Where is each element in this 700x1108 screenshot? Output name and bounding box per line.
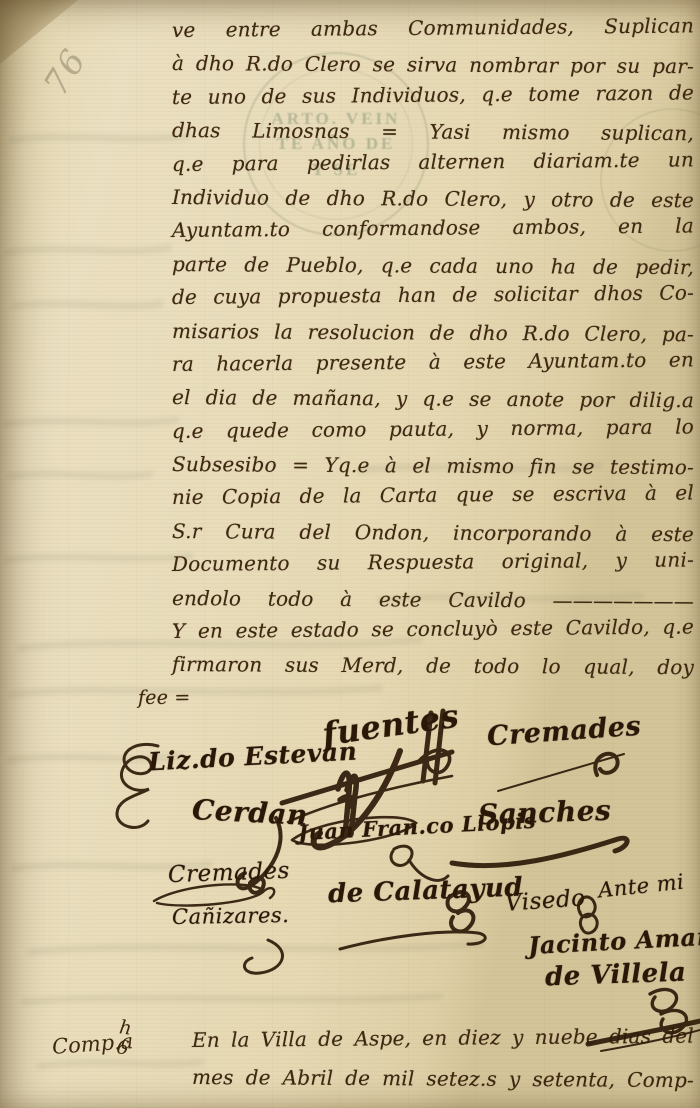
signature-de-villela: de Villela xyxy=(545,958,687,993)
closing-line: mes de Abril de mil setez.s y setenta, C… xyxy=(192,1059,694,1099)
manuscript-line: q.e quede como pauta, y norma, para lo xyxy=(172,410,694,448)
manuscript-line: Documento su Respuesta original, y uni- xyxy=(172,544,694,582)
rubric-canizares-tail xyxy=(244,940,282,973)
manuscript-line: ve entre ambas Communidades, Suplican xyxy=(172,9,694,47)
manuscript-line: Ayuntam.to conformandose ambos, en la xyxy=(172,210,694,248)
signature-sanches: Sanches xyxy=(477,794,611,832)
manuscript-line: Y en este estado se concluyò este Cavild… xyxy=(172,610,694,648)
rubric-calatayud-sweep xyxy=(340,932,485,949)
signature-cerdan: Cerdan xyxy=(191,793,309,832)
signature-canizares: Cañizares. xyxy=(172,903,290,929)
body-text: ve entre ambas Communidades, Suplican à … xyxy=(172,14,694,715)
manuscript-page: 76 ARTO. VEIN TE AÑO DE Y SE ve entre am… xyxy=(0,0,700,1108)
manuscript-line: q.e para pedirlas alternen diariam.te un xyxy=(172,143,694,181)
closing-text: En la Villa de Aspe, en diez y nuebe dia… xyxy=(192,1022,694,1096)
rubric-cremades1-line xyxy=(498,754,624,791)
manuscript-line: nie Copia de la Carta que se escriva à e… xyxy=(172,477,694,515)
signature-cremades-1: Cremades xyxy=(486,711,642,753)
signature-ante-mi: Ante mi xyxy=(597,870,685,903)
margin-mark-bottom: 6 xyxy=(115,1037,130,1059)
rubric-sanches-swoosh xyxy=(452,838,627,865)
rubric-fuentes-spiral xyxy=(418,750,450,773)
manuscript-line: de cuya propuesta han de solicitar dhos … xyxy=(172,277,694,315)
signature-visedo: Visedo xyxy=(504,885,586,917)
signature-jacinto-amaro: Jacinto Amaro xyxy=(527,921,700,960)
closing-line: En la Villa de Aspe, en diez y nuebe dia… xyxy=(192,1018,694,1059)
rubric-cremades1-spiral xyxy=(595,754,617,775)
manuscript-line: ra hacerla presente à este Ayuntam.to en xyxy=(172,343,694,381)
signature-calatayud: de Calatayud xyxy=(328,873,524,910)
manuscript-line: te uno de sus Individuos, q.e tome razon… xyxy=(172,76,694,114)
signature-cremades-2: Cremades xyxy=(168,858,291,888)
folio-number: 76 xyxy=(36,41,95,102)
